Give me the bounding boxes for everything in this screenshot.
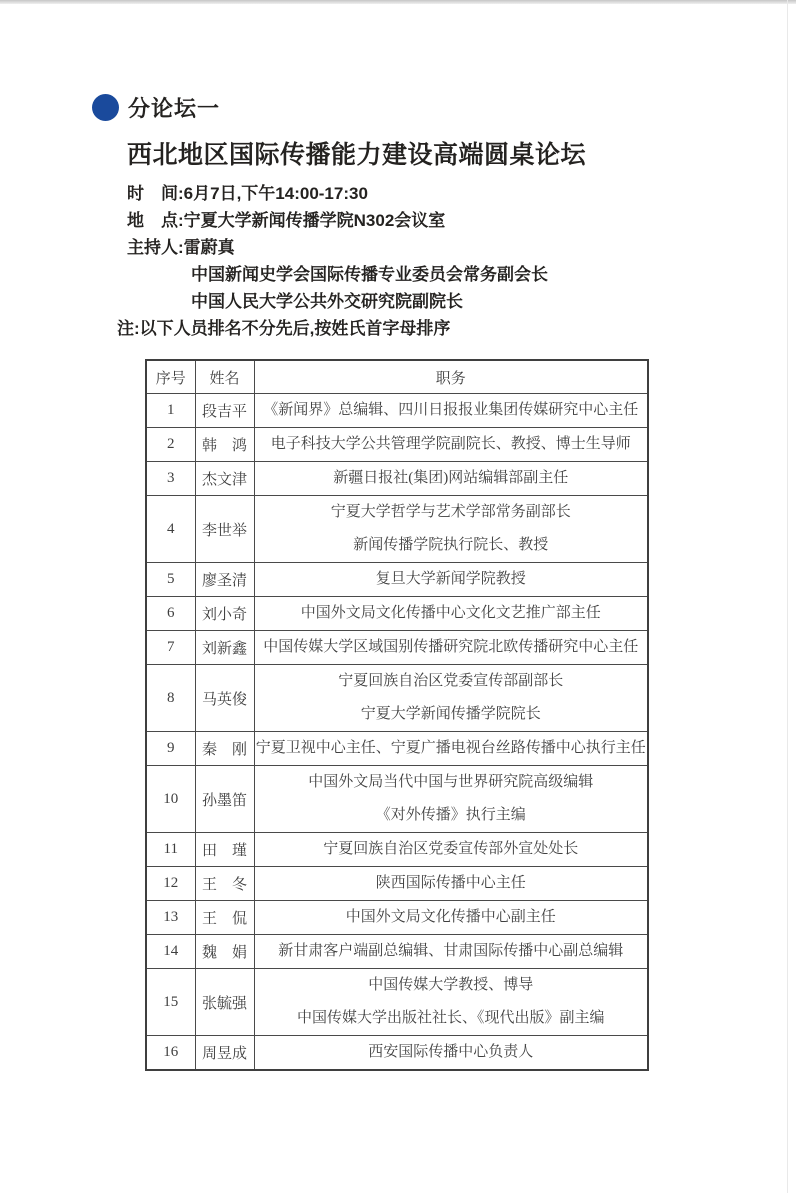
table-row: 3杰文津新疆日报社(集团)网站编辑部副主任 — [146, 462, 648, 496]
title-line: 新甘肃客户端副总编辑、甘肃国际传播中心副总编辑 — [255, 935, 648, 968]
page-right-edge — [787, 0, 788, 1193]
section-bullet-icon — [92, 94, 119, 121]
cell-name: 魏 娟 — [195, 935, 254, 969]
cell-name: 王 冬 — [195, 867, 254, 901]
cell-name: 段吉平 — [195, 394, 254, 428]
title-line: 中国外文局当代中国与世界研究院高级编辑 — [255, 766, 648, 799]
cell-name: 韩 鸿 — [195, 428, 254, 462]
title-line: 中国传媒大学教授、博导 — [255, 969, 648, 1002]
title-line: 宁夏回族自治区党委宣传部外宣处处长 — [255, 833, 648, 866]
cell-name: 廖圣清 — [195, 563, 254, 597]
participants-table-wrap: 序号 姓名 职务 1段吉平《新闻界》总编辑、四川日报报业集团传媒研究中心主任2韩… — [145, 359, 796, 1071]
cell-no: 10 — [146, 766, 195, 833]
meta-line: 地 点:宁夏大学新闻传播学院N302会议室 — [127, 207, 796, 234]
meta-block: 时 间:6月7日,下午14:00-17:30地 点:宁夏大学新闻传播学院N302… — [127, 180, 796, 315]
cell-no: 5 — [146, 563, 195, 597]
title-line: 复旦大学新闻学院教授 — [255, 563, 648, 596]
cell-title: 新甘肃客户端副总编辑、甘肃国际传播中心副总编辑 — [254, 935, 648, 969]
cell-name: 刘新鑫 — [195, 631, 254, 665]
cell-name: 马英俊 — [195, 665, 254, 732]
table-row: 5廖圣清复旦大学新闻学院教授 — [146, 563, 648, 597]
cell-name: 周昱成 — [195, 1036, 254, 1071]
cell-no: 12 — [146, 867, 195, 901]
meta-line: 中国新闻史学会国际传播专业委员会常务副会长 — [127, 261, 796, 288]
meta-line: 中国人民大学公共外交研究院副院长 — [127, 288, 796, 315]
cell-title: 《新闻界》总编辑、四川日报报业集团传媒研究中心主任 — [254, 394, 648, 428]
table-row: 16周昱成西安国际传播中心负责人 — [146, 1036, 648, 1071]
title-line: 中国外文局文化传播中心文化文艺推广部主任 — [255, 597, 648, 630]
cell-title: 电子科技大学公共管理学院副院长、教授、博士生导师 — [254, 428, 648, 462]
cell-no: 8 — [146, 665, 195, 732]
page-top-edge — [0, 0, 796, 4]
table-row: 10孙墨笛中国外文局当代中国与世界研究院高级编辑《对外传播》执行主编 — [146, 766, 648, 833]
cell-title: 中国外文局文化传播中心副主任 — [254, 901, 648, 935]
note-line: 注:以下人员排名不分先后,按姓氏首字母排序 — [117, 315, 796, 342]
cell-no: 7 — [146, 631, 195, 665]
table-row: 13王 侃中国外文局文化传播中心副主任 — [146, 901, 648, 935]
cell-no: 2 — [146, 428, 195, 462]
cell-name: 刘小奇 — [195, 597, 254, 631]
cell-no: 13 — [146, 901, 195, 935]
table-row: 7刘新鑫中国传媒大学区域国别传播研究院北欧传播研究中心主任 — [146, 631, 648, 665]
title-line: 新疆日报社(集团)网站编辑部副主任 — [255, 462, 648, 495]
title-line: 陕西国际传播中心主任 — [255, 867, 648, 900]
cell-title: 新疆日报社(集团)网站编辑部副主任 — [254, 462, 648, 496]
title-line: 新闻传播学院执行院长、教授 — [255, 529, 648, 562]
meta-line: 时 间:6月7日,下午14:00-17:30 — [127, 180, 796, 207]
participants-table: 序号 姓名 职务 1段吉平《新闻界》总编辑、四川日报报业集团传媒研究中心主任2韩… — [145, 359, 649, 1071]
table-row: 2韩 鸿电子科技大学公共管理学院副院长、教授、博士生导师 — [146, 428, 648, 462]
title-line: 宁夏大学哲学与艺术学部常务副部长 — [255, 496, 648, 529]
cell-name: 秦 刚 — [195, 732, 254, 766]
section-label: 分论坛一 — [128, 92, 220, 123]
forum-title: 西北地区国际传播能力建设高端圆桌论坛 — [127, 135, 796, 171]
title-line: 宁夏卫视中心主任、宁夏广播电视台丝路传播中心执行主任 — [255, 732, 648, 765]
table-row: 4李世举宁夏大学哲学与艺术学部常务副部长新闻传播学院执行院长、教授 — [146, 496, 648, 563]
title-line: 电子科技大学公共管理学院副院长、教授、博士生导师 — [255, 428, 648, 461]
column-header-name: 姓名 — [195, 360, 254, 394]
title-line: 《对外传播》执行主编 — [255, 799, 648, 832]
table-row: 12王 冬陕西国际传播中心主任 — [146, 867, 648, 901]
cell-no: 11 — [146, 833, 195, 867]
cell-name: 李世举 — [195, 496, 254, 563]
cell-title: 宁夏回族自治区党委宣传部副部长宁夏大学新闻传播学院院长 — [254, 665, 648, 732]
column-header-title: 职务 — [254, 360, 648, 394]
table-row: 15张毓强中国传媒大学教授、博导中国传媒大学出版社社长、《现代出版》副主编 — [146, 969, 648, 1036]
table-row: 8马英俊宁夏回族自治区党委宣传部副部长宁夏大学新闻传播学院院长 — [146, 665, 648, 732]
cell-title: 中国传媒大学教授、博导中国传媒大学出版社社长、《现代出版》副主编 — [254, 969, 648, 1036]
column-header-no: 序号 — [146, 360, 195, 394]
cell-title: 宁夏回族自治区党委宣传部外宣处处长 — [254, 833, 648, 867]
table-row: 1段吉平《新闻界》总编辑、四川日报报业集团传媒研究中心主任 — [146, 394, 648, 428]
title-line: 《新闻界》总编辑、四川日报报业集团传媒研究中心主任 — [255, 394, 648, 427]
document-page: 分论坛一 西北地区国际传播能力建设高端圆桌论坛 时 间:6月7日,下午14:00… — [0, 0, 796, 1193]
cell-no: 3 — [146, 462, 195, 496]
cell-name: 孙墨笛 — [195, 766, 254, 833]
cell-title: 中国外文局文化传播中心文化文艺推广部主任 — [254, 597, 648, 631]
cell-title: 西安国际传播中心负责人 — [254, 1036, 648, 1071]
title-line: 中国传媒大学区域国别传播研究院北欧传播研究中心主任 — [255, 631, 648, 664]
title-line: 中国传媒大学出版社社长、《现代出版》副主编 — [255, 1002, 648, 1035]
table-row: 14魏 娟新甘肃客户端副总编辑、甘肃国际传播中心副总编辑 — [146, 935, 648, 969]
cell-no: 15 — [146, 969, 195, 1036]
cell-no: 6 — [146, 597, 195, 631]
title-line: 宁夏大学新闻传播学院院长 — [255, 698, 648, 731]
cell-no: 16 — [146, 1036, 195, 1071]
cell-name: 杰文津 — [195, 462, 254, 496]
cell-title: 宁夏卫视中心主任、宁夏广播电视台丝路传播中心执行主任 — [254, 732, 648, 766]
cell-title: 陕西国际传播中心主任 — [254, 867, 648, 901]
cell-no: 14 — [146, 935, 195, 969]
table-header-row: 序号 姓名 职务 — [146, 360, 648, 394]
title-line: 宁夏回族自治区党委宣传部副部长 — [255, 665, 648, 698]
section-header: 分论坛一 — [92, 92, 796, 123]
table-row: 6刘小奇中国外文局文化传播中心文化文艺推广部主任 — [146, 597, 648, 631]
cell-name: 王 侃 — [195, 901, 254, 935]
title-line: 西安国际传播中心负责人 — [255, 1036, 648, 1069]
cell-name: 张毓强 — [195, 969, 254, 1036]
table-row: 11田 瑾宁夏回族自治区党委宣传部外宣处处长 — [146, 833, 648, 867]
cell-no: 1 — [146, 394, 195, 428]
cell-name: 田 瑾 — [195, 833, 254, 867]
cell-title: 宁夏大学哲学与艺术学部常务副部长新闻传播学院执行院长、教授 — [254, 496, 648, 563]
cell-title: 中国传媒大学区域国别传播研究院北欧传播研究中心主任 — [254, 631, 648, 665]
cell-title: 中国外文局当代中国与世界研究院高级编辑《对外传播》执行主编 — [254, 766, 648, 833]
cell-title: 复旦大学新闻学院教授 — [254, 563, 648, 597]
table-row: 9秦 刚宁夏卫视中心主任、宁夏广播电视台丝路传播中心执行主任 — [146, 732, 648, 766]
meta-line: 主持人:雷蔚真 — [127, 234, 796, 261]
title-line: 中国外文局文化传播中心副主任 — [255, 901, 648, 934]
cell-no: 4 — [146, 496, 195, 563]
cell-no: 9 — [146, 732, 195, 766]
